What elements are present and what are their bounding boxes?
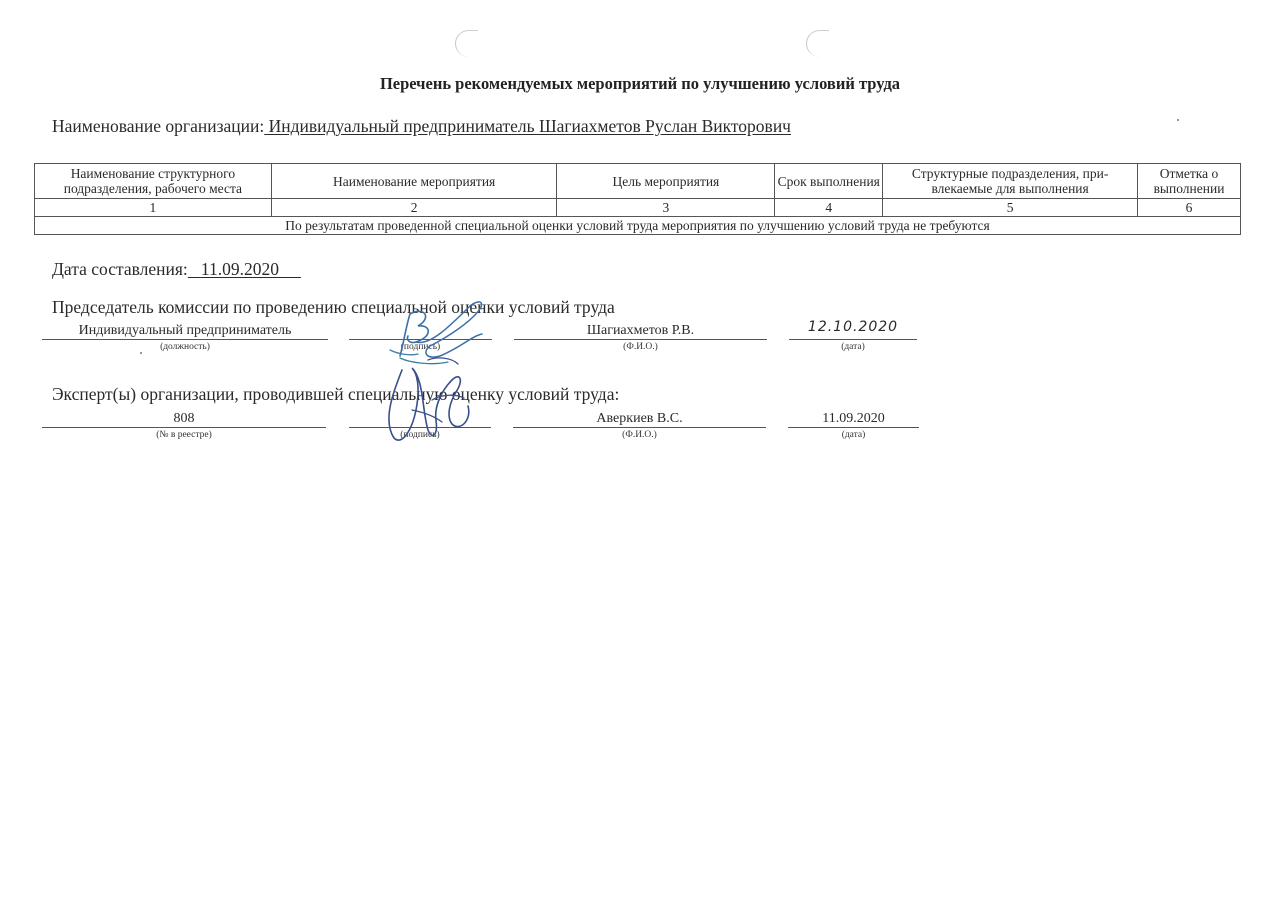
column-header: Цель мероприятия [557,164,775,199]
punch-hole-right [806,30,829,57]
expert-name-field: Аверкиев В.С. (Ф.И.О.) [513,410,766,440]
chairman-name-field: Шагиахметов Р.В. (Ф.И.О.) [514,322,767,352]
table-header-row: Наименование структурного подразделения,… [35,164,1241,199]
column-header: Отметка о выполнении [1138,164,1241,199]
chairman-date-caption: (дата) [789,342,917,352]
expert-signature-caption: (подпись) [349,430,491,440]
expert-date-caption: (дата) [788,430,919,440]
experts-heading: Эксперт(ы) организации, проводившей спец… [52,384,619,405]
column-number: 6 [1138,199,1241,217]
expert-registry-field: 808 (№ в реестре) [42,410,326,440]
measures-table: Наименование структурного подразделения,… [34,163,1241,235]
chairman-name: Шагиахметов Р.В. [514,322,767,340]
column-number: 1 [35,199,272,217]
compilation-date-label: Дата составления: [52,259,188,279]
compilation-date-value: 11.09.2020 [188,259,301,279]
compilation-date-text: 11.09.2020 [201,259,279,279]
document-title: Перечень рекомендуемых мероприятий по ул… [0,74,1280,94]
chairman-signature-caption: (подпись) [349,342,492,352]
organization-label: Наименование организации: [52,116,264,136]
expert-date-field: 11.09.2020 (дата) [788,410,919,440]
chairman-date-field: 12.10.2020 (дата) [789,322,917,352]
organization-line: Наименование организации: Индивидуальный… [52,116,791,137]
chairman-position-field: Индивидуальный предприниматель (должност… [42,322,328,352]
column-number: 4 [775,199,883,217]
punch-hole-left [455,30,478,57]
organization-value: Индивидуальный предприниматель Шагиахмет… [264,116,791,136]
column-number: 3 [557,199,775,217]
chairman-signature-field: (подпись) [349,322,492,352]
column-header: Структурные подразделения, при-влекаемые… [883,164,1138,199]
column-header: Наименование мероприятия [271,164,557,199]
expert-signature-field: (подпись) [349,410,491,440]
scan-speck [140,352,142,354]
column-number-row: 1 2 3 4 5 6 [35,199,1241,217]
chairman-signature-line [349,322,492,340]
table-note: По результатам проведенной специальной о… [35,217,1241,235]
column-header: Наименование структурного подразделения,… [35,164,272,199]
chairman-name-caption: (Ф.И.О.) [514,342,767,352]
column-header: Срок выполнения [775,164,883,199]
scan-speck [1177,119,1179,121]
expert-name: Аверкиев В.С. [513,410,766,428]
expert-registry-number: 808 [42,410,326,428]
column-number: 2 [271,199,557,217]
expert-registry-caption: (№ в реестре) [42,430,326,440]
chairman-position: Индивидуальный предприниматель [42,322,328,340]
expert-name-caption: (Ф.И.О.) [513,430,766,440]
expert-date: 11.09.2020 [788,410,919,428]
chairman-date-handwritten: 12.10.2020 [789,316,917,340]
table-note-row: По результатам проведенной специальной о… [35,217,1241,235]
chairman-position-caption: (должность) [42,342,328,352]
column-number: 5 [883,199,1138,217]
chairman-heading: Председатель комиссии по проведению спец… [52,297,615,318]
compilation-date-line: Дата составления: 11.09.2020 [52,259,301,280]
expert-signature-line [349,410,491,428]
